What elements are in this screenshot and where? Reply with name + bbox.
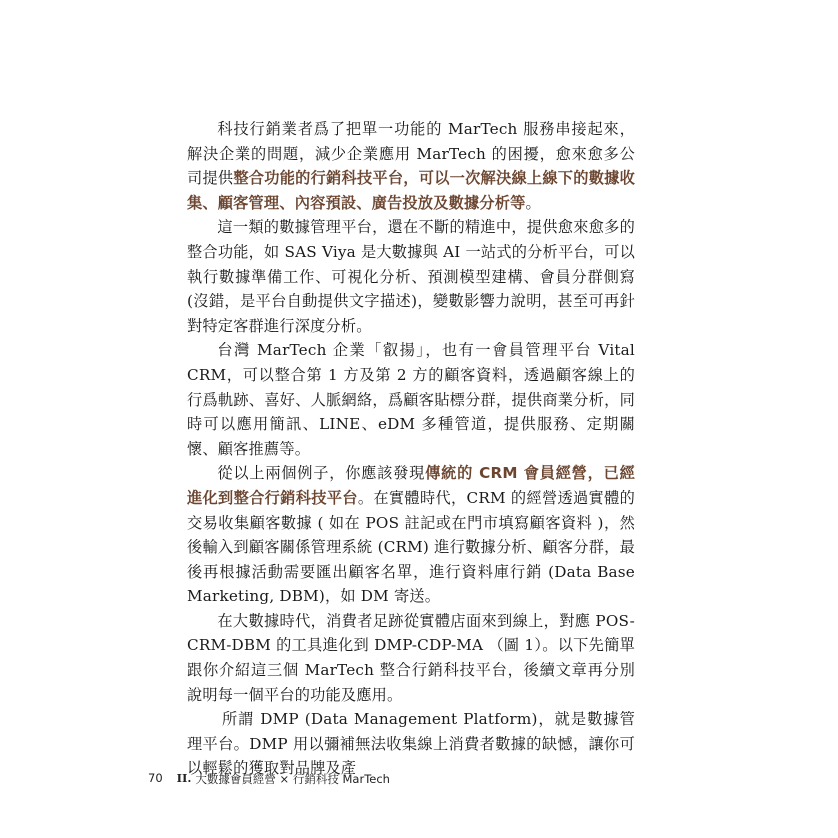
paragraph-crm-evolution: 從以上兩個例子，你應該發現傳統的 CRM 會員經營，已經進化到整合行銷科技平台。… bbox=[187, 461, 635, 609]
paragraph-big-data-era: 在大數據時代，消費者足跡從實體店面來到線上，對應 POS-CRM-DBM 的工具… bbox=[187, 609, 635, 707]
text-segment: 這一類的數據管理平台，還在不斷的精進中，提供愈來愈多的整合功能，如 SAS Vi… bbox=[187, 218, 635, 334]
chapter-title: 大數據會員經營 × 行銷科技 MarTech bbox=[195, 771, 390, 787]
paragraph-vital-crm: 台灣 MarTech 企業「叡揚」，也有一會員管理平台 Vital CRM，可以… bbox=[187, 338, 635, 461]
page-body: 科技行銷業者爲了把單一功能的 MarTech 服務串接起來，解決企業的問題，減少… bbox=[187, 117, 635, 781]
chapter-number: II. bbox=[177, 771, 192, 787]
paragraph-integrated-platforms: 科技行銷業者爲了把單一功能的 MarTech 服務串接起來，解決企業的問題，減少… bbox=[187, 117, 635, 215]
text-segment: 從以上兩個例子，你應該發現 bbox=[217, 464, 425, 482]
text-segment: 所謂 DMP (Data Management Platform)，就是數據管理… bbox=[187, 710, 635, 777]
page-footer: 70 II. 大數據會員經營 × 行銷科技 MarTech bbox=[148, 771, 390, 787]
running-header: II. 大數據會員經營 × 行銷科技 MarTech bbox=[177, 771, 390, 787]
paragraph-sas-viya: 這一類的數據管理平台，還在不斷的精進中，提供愈來愈多的整合功能，如 SAS Vi… bbox=[187, 215, 635, 338]
text-segment: 在大數據時代，消費者足跡從實體店面來到線上，對應 POS-CRM-DBM 的工具… bbox=[187, 612, 635, 704]
text-segment: 台灣 MarTech 企業「叡揚」，也有一會員管理平台 Vital CRM，可以… bbox=[187, 341, 635, 457]
paragraph-dmp: 所謂 DMP (Data Management Platform)，就是數據管理… bbox=[187, 707, 635, 781]
highlighted-text: 整合功能的行銷科技平台，可以一次解決線上線下的數據收集、顧客管理、內容預設、廣告… bbox=[187, 169, 635, 212]
text-segment: 。 bbox=[526, 194, 541, 212]
page-number: 70 bbox=[148, 771, 163, 785]
